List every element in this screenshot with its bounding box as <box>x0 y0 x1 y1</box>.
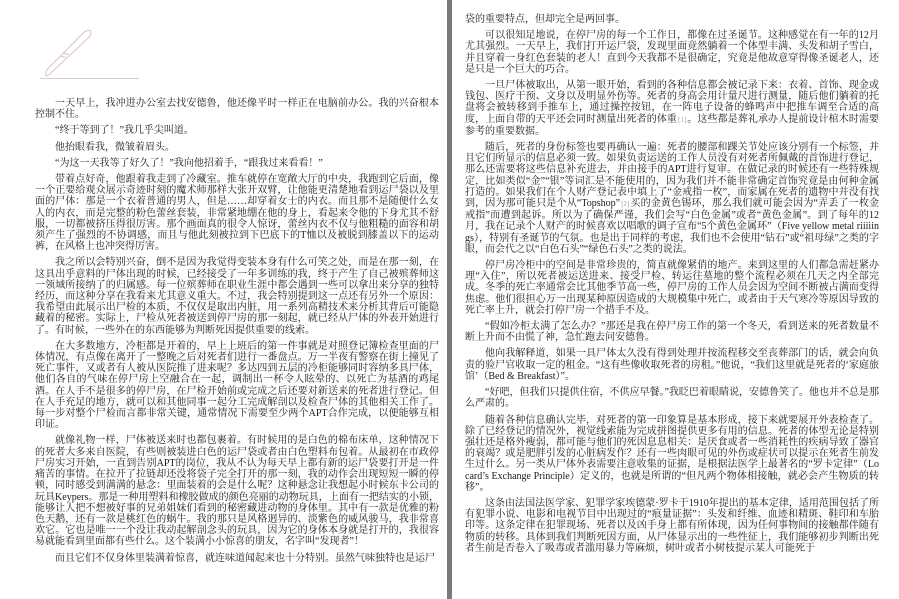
paragraph: 随着各种信息确认完毕，对死者的第一印象算是基本形成，接下来就要展开外表检查了。除… <box>465 415 879 493</box>
paragraph: 袋的重要特点，但却完全是两回事。 <box>465 14 879 25</box>
paragraph: 带着点好奇，他跟着我走到了冷藏室。推车就停在宽敞大厅的中央，我跑到它后面，像一个… <box>35 174 439 252</box>
paragraph: 可以很知足地说，在停尸房的每一个工作日，都像在过圣诞节。这种感觉在有一年的12月… <box>465 30 879 75</box>
footnote-ref[interactable]: [1] <box>677 116 687 124</box>
left-page-text: 一天早上，我冲进办公室去找安德鲁，他还像平时一样正在电脑前办公。我的兴奋根本控制… <box>35 98 439 564</box>
paragraph: 他抬眼看我，微皱着眉头。 <box>35 142 439 153</box>
scalpel-icon <box>37 22 177 84</box>
paragraph: 这条由法国法医学家、犯罪学家埃德蒙·罗卡于1910年提出的基本定律，适用范围包括… <box>465 498 879 554</box>
paragraph: 一旦尸体被取出，从第一眼开始，看到的各种信息都会被记录下来：衣着、首饰、现金或钱… <box>465 80 879 137</box>
right-page-text: 袋的重要特点，但却完全是两回事。可以很知足地说，在停尸房的每一个工作日，都像在过… <box>465 14 879 554</box>
paragraph: 就像礼物一样，尸体被送来时也都包裹着。有时候用的是白色的棉布床单，这种情况下的死… <box>35 435 439 547</box>
footnote-ref[interactable]: [2] <box>620 200 630 208</box>
paragraph: 而且它们不仅身体里装满着惊喜，就连味道闻起来也十分特别。虽然气味独特也是运尸 <box>35 553 439 564</box>
paragraph: “终于等到了！”我几乎尖叫道。 <box>35 125 439 136</box>
paragraph: 一天早上，我冲进办公室去找安德鲁，他还像平时一样正在电脑前办公。我的兴奋根本控制… <box>35 98 439 120</box>
paragraph: 他向我解释道，如果一具尸体太久没有得到处理并按流程移交至丧葬部门的话，就会向负责… <box>465 348 879 382</box>
paragraph: “为这一天我等了好久了！”我向他招着手，“跟我过来看看！” <box>35 158 439 169</box>
paragraph: 随后，死者的身份标签也要再确认一遍：死者的腰部和踝关节处应该分别有一个标签，并且… <box>465 142 879 255</box>
paragraph: “假如冷柜太满了怎么办？”那还是我在停尸房工作的第一个冬天，看到送来的死者数量不… <box>465 321 879 343</box>
left-page[interactable]: 一天早上，我冲进办公室去找安德鲁，他还像平时一样正在电脑前办公。我的兴奋根本控制… <box>0 0 447 599</box>
book-spread: 一天早上，我冲进办公室去找安德鲁，他还像平时一样正在电脑前办公。我的兴奋根本控制… <box>0 0 899 599</box>
paragraph: 停尸房冷柜中的空间是非常珍贵的，简直就像紧俏的地产。来到这里的人们都急需赶紧办理… <box>465 260 879 316</box>
paragraph: 我之所以会特别兴奋，倒不是因为我觉得变装本身有什么可笑之处，而是在那一刻，在这具… <box>35 257 439 335</box>
right-page[interactable]: 袋的重要特点，但却完全是两回事。可以很知足地说，在停尸房的每一个工作日，都像在过… <box>452 0 899 599</box>
paragraph: 在大多数地方，冷柜都是开着的，早上上班后的第一件事就是对照登记簿检查里面的尸体情… <box>35 341 439 431</box>
chapter-decoration <box>37 22 439 84</box>
paragraph: “好吧，但我们只提供住宿，不供应早餐。”我眨巴着眼睛说，安德鲁笑了。他也并不总是… <box>465 387 879 409</box>
